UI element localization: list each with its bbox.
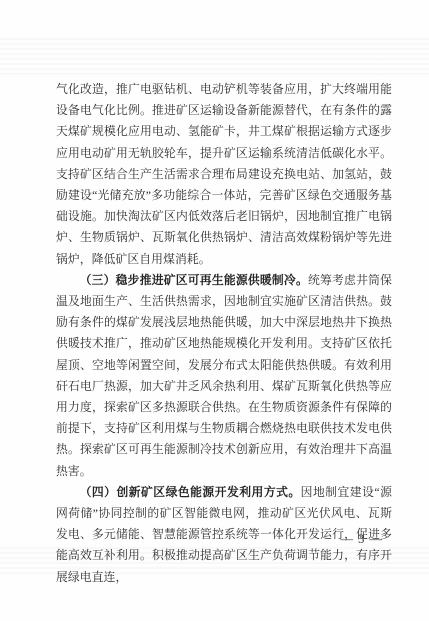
paragraph-section-3: （三）稳步推进矿区可再生能源供暖制冷。统筹考虑井筒保温及地面生产、生活供热需求，…	[56, 270, 392, 482]
section-heading: （三）稳步推进矿区可再生能源供暖制冷。	[80, 273, 308, 287]
paragraph-text: 统筹考虑井筒保温及地面生产、生活供热需求，因地制宜实施矿区清洁供热。鼓励有条件的…	[56, 273, 392, 478]
paragraph-continuation: 气化改造，推广电驱钻机、电动铲机等装备应用，扩大终端用能设备电气化比例。推进矿区…	[56, 79, 392, 270]
paragraph-text: 气化改造，推广电驱钻机、电动铲机等装备应用，扩大终端用能设备电气化比例。推进矿区…	[56, 82, 392, 266]
page-number: — 3 —	[0, 530, 383, 548]
section-heading: （四）创新矿区绿色能源开发利用方式。	[80, 485, 301, 499]
document-page: 气化改造，推广电驱钻机、电动铲机等装备应用，扩大终端用能设备电气化比例。推进矿区…	[0, 0, 429, 621]
scan-artifact-top	[0, 38, 429, 76]
document-body: 气化改造，推广电驱钻机、电动铲机等装备应用，扩大终端用能设备电气化比例。推进矿区…	[56, 79, 392, 588]
